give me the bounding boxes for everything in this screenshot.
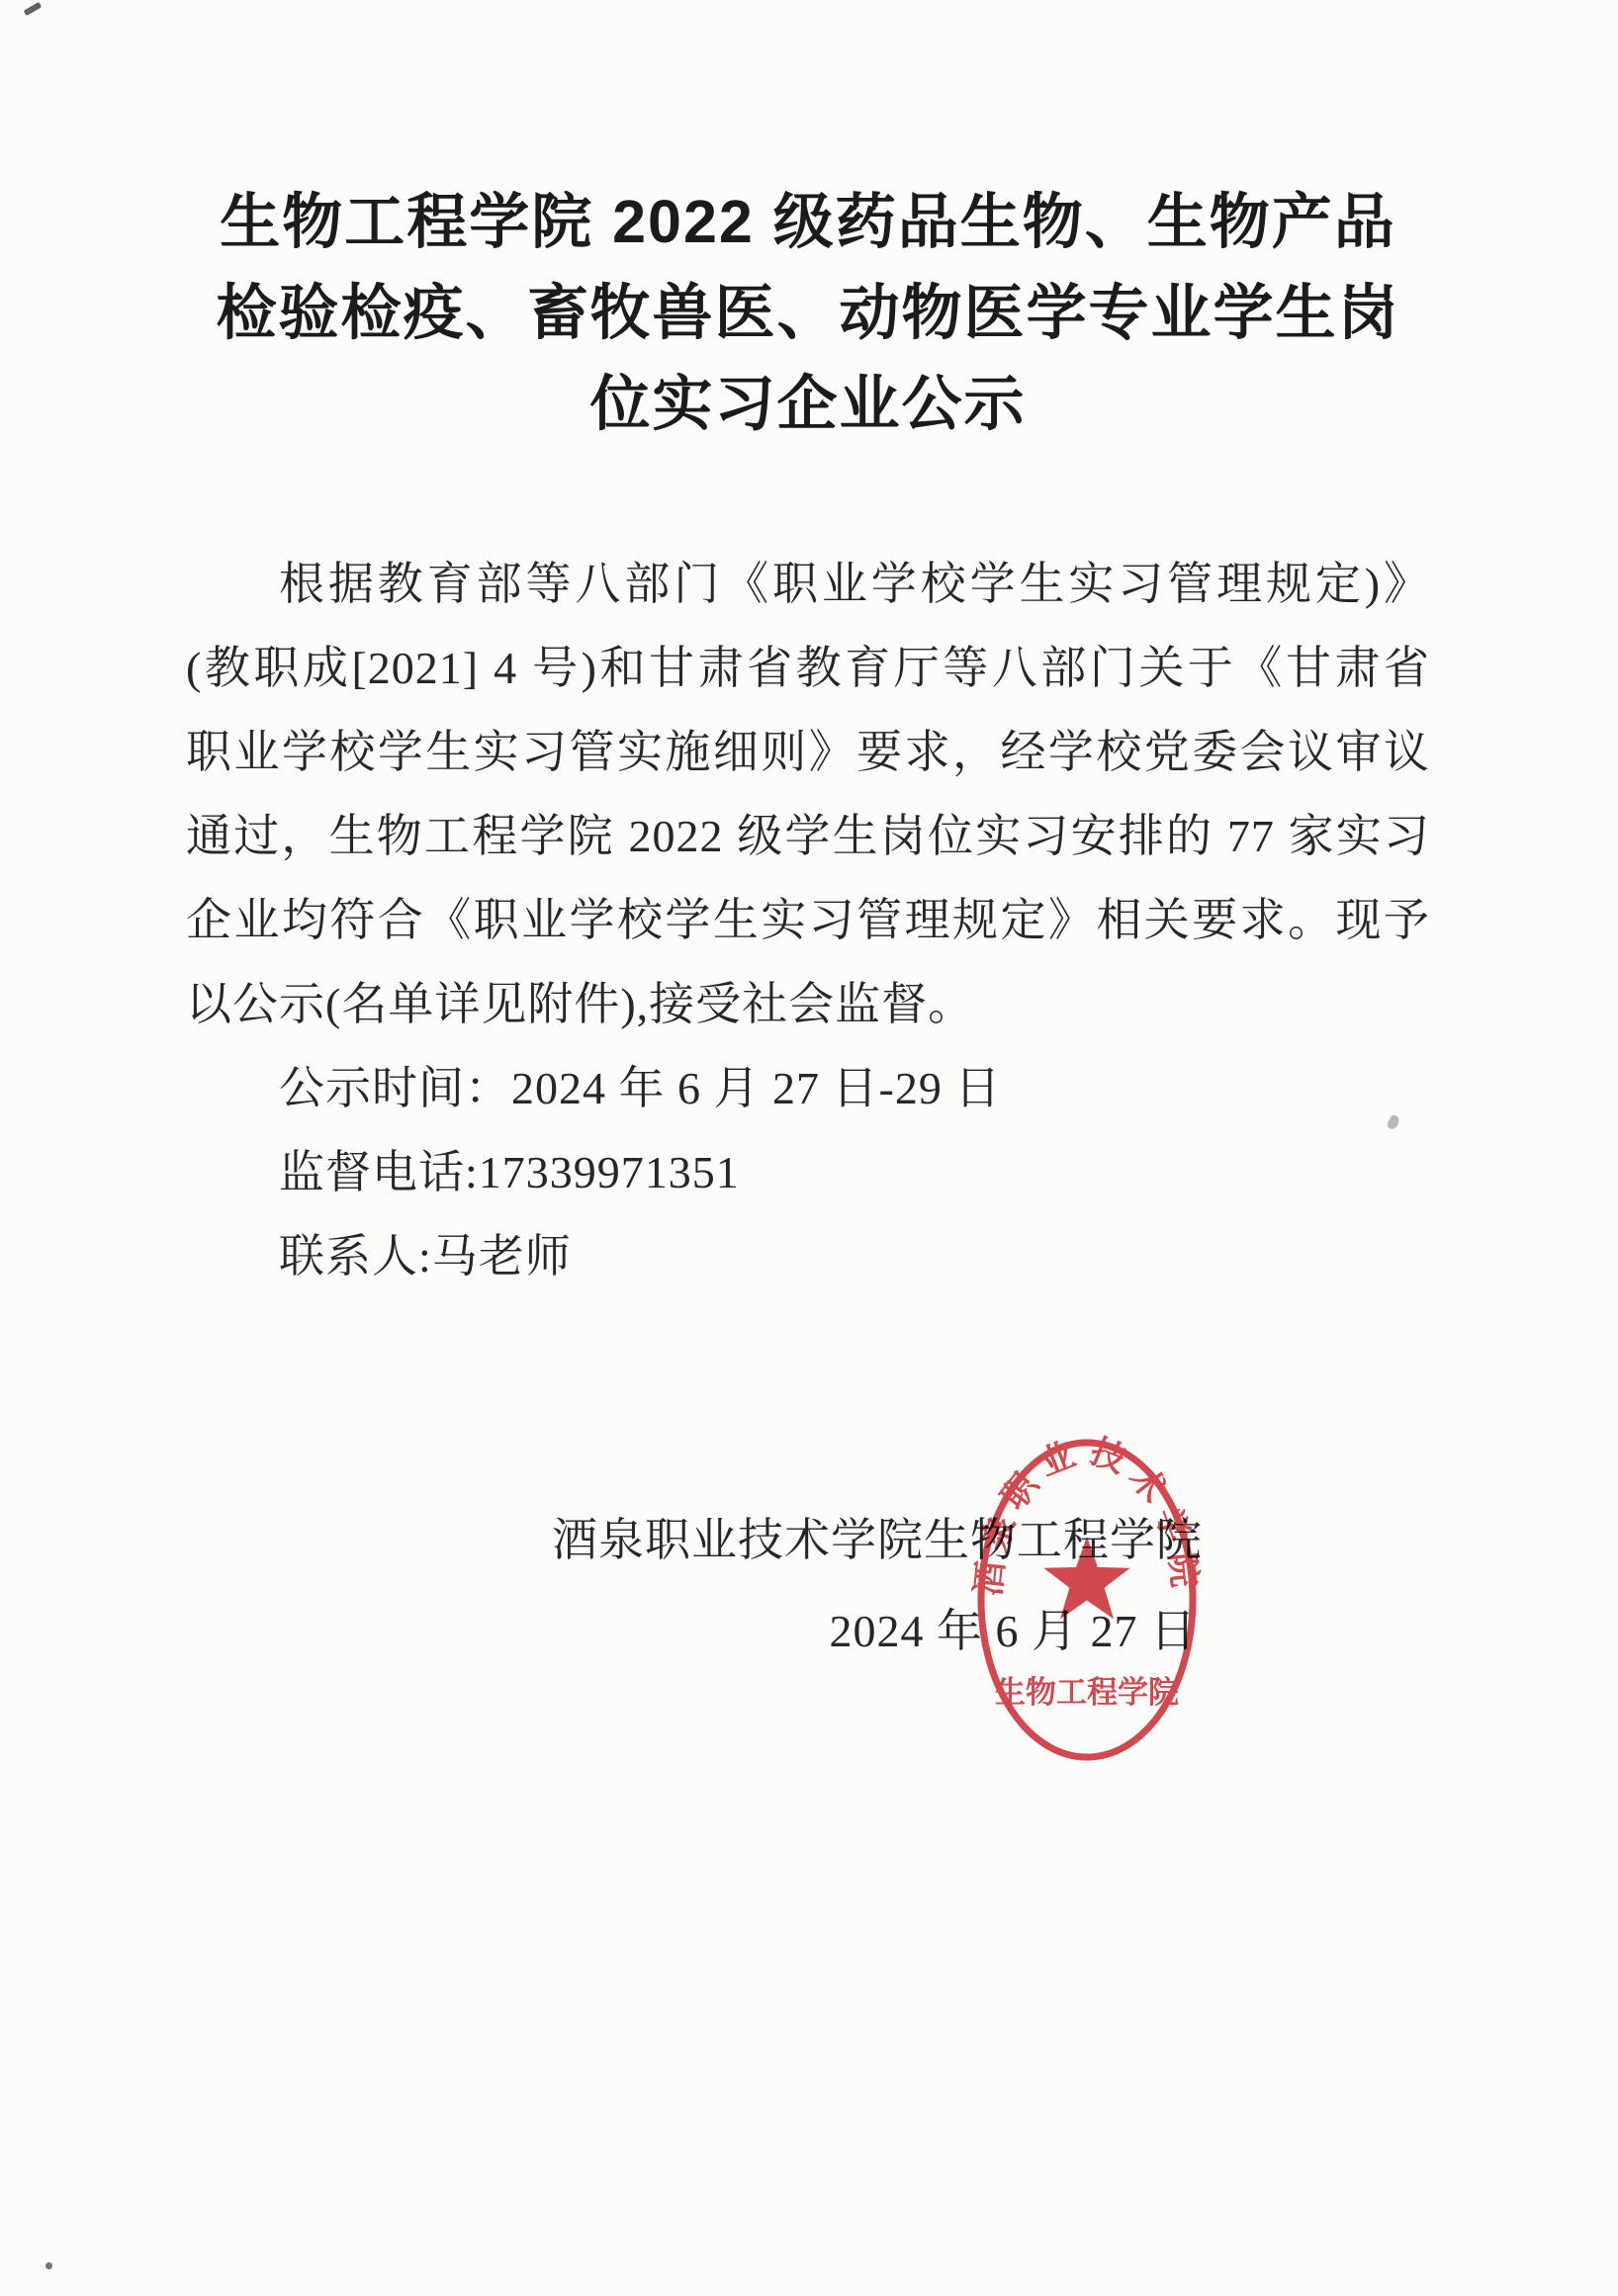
scan-artifact: [45, 2262, 52, 2269]
paragraph-line: 以公示(名单详见附件),接受社会监督。: [186, 962, 1430, 1046]
title-line-3: 位实习企业公示: [186, 358, 1430, 449]
seal-bottom-text: 生物工程学院: [995, 1675, 1179, 1710]
paragraph-line: 根据教育部等八部门《职业学校学生实习管理规定)》: [186, 542, 1430, 626]
signature-date: 2024 年 6 月 27 日: [552, 1586, 1203, 1677]
paragraph-line: 通过，生物工程学院 2022 级学生岗位实习安排的 77 家实习: [186, 794, 1430, 878]
paragraph-line: 职业学校学生实习管实施细则》要求，经学校党委会议审议: [186, 710, 1430, 794]
publicity-period-line: 公示时间：2024 年 6 月 27 日-29 日: [186, 1046, 1430, 1130]
document-body: 根据教育部等八部门《职业学校学生实习管理规定)》 (教职成[2021] 4 号)…: [186, 542, 1430, 1298]
paragraph-line: 企业均符合《职业学校学生实习管理规定》相关要求。现予: [186, 878, 1430, 962]
supervision-phone-line: 监督电话:17339971351: [186, 1130, 1430, 1214]
contact-person-line: 联系人:马老师: [186, 1214, 1430, 1298]
scan-artifact: [24, 2, 43, 16]
scanned-document-page: 生物工程学院 2022 级药品生物、生物产品 检验检疫、畜牧兽医、动物医学专业学…: [0, 0, 1618, 2296]
document-title: 生物工程学院 2022 级药品生物、生物产品 检验检疫、畜牧兽医、动物医学专业学…: [186, 176, 1430, 449]
title-line-2: 检验检疫、畜牧兽医、动物医学专业学生岗: [186, 267, 1430, 358]
signature-organization: 酒泉职业技术学院生物工程学院: [552, 1495, 1203, 1586]
paragraph-line: (教职成[2021] 4 号)和甘肃省教育厅等八部门关于《甘肃省: [186, 626, 1430, 710]
title-line-1: 生物工程学院 2022 级药品生物、生物产品: [186, 176, 1430, 267]
signature-block: 酒泉职业技术学院生物工程学院 2024 年 6 月 27 日: [552, 1495, 1203, 1677]
